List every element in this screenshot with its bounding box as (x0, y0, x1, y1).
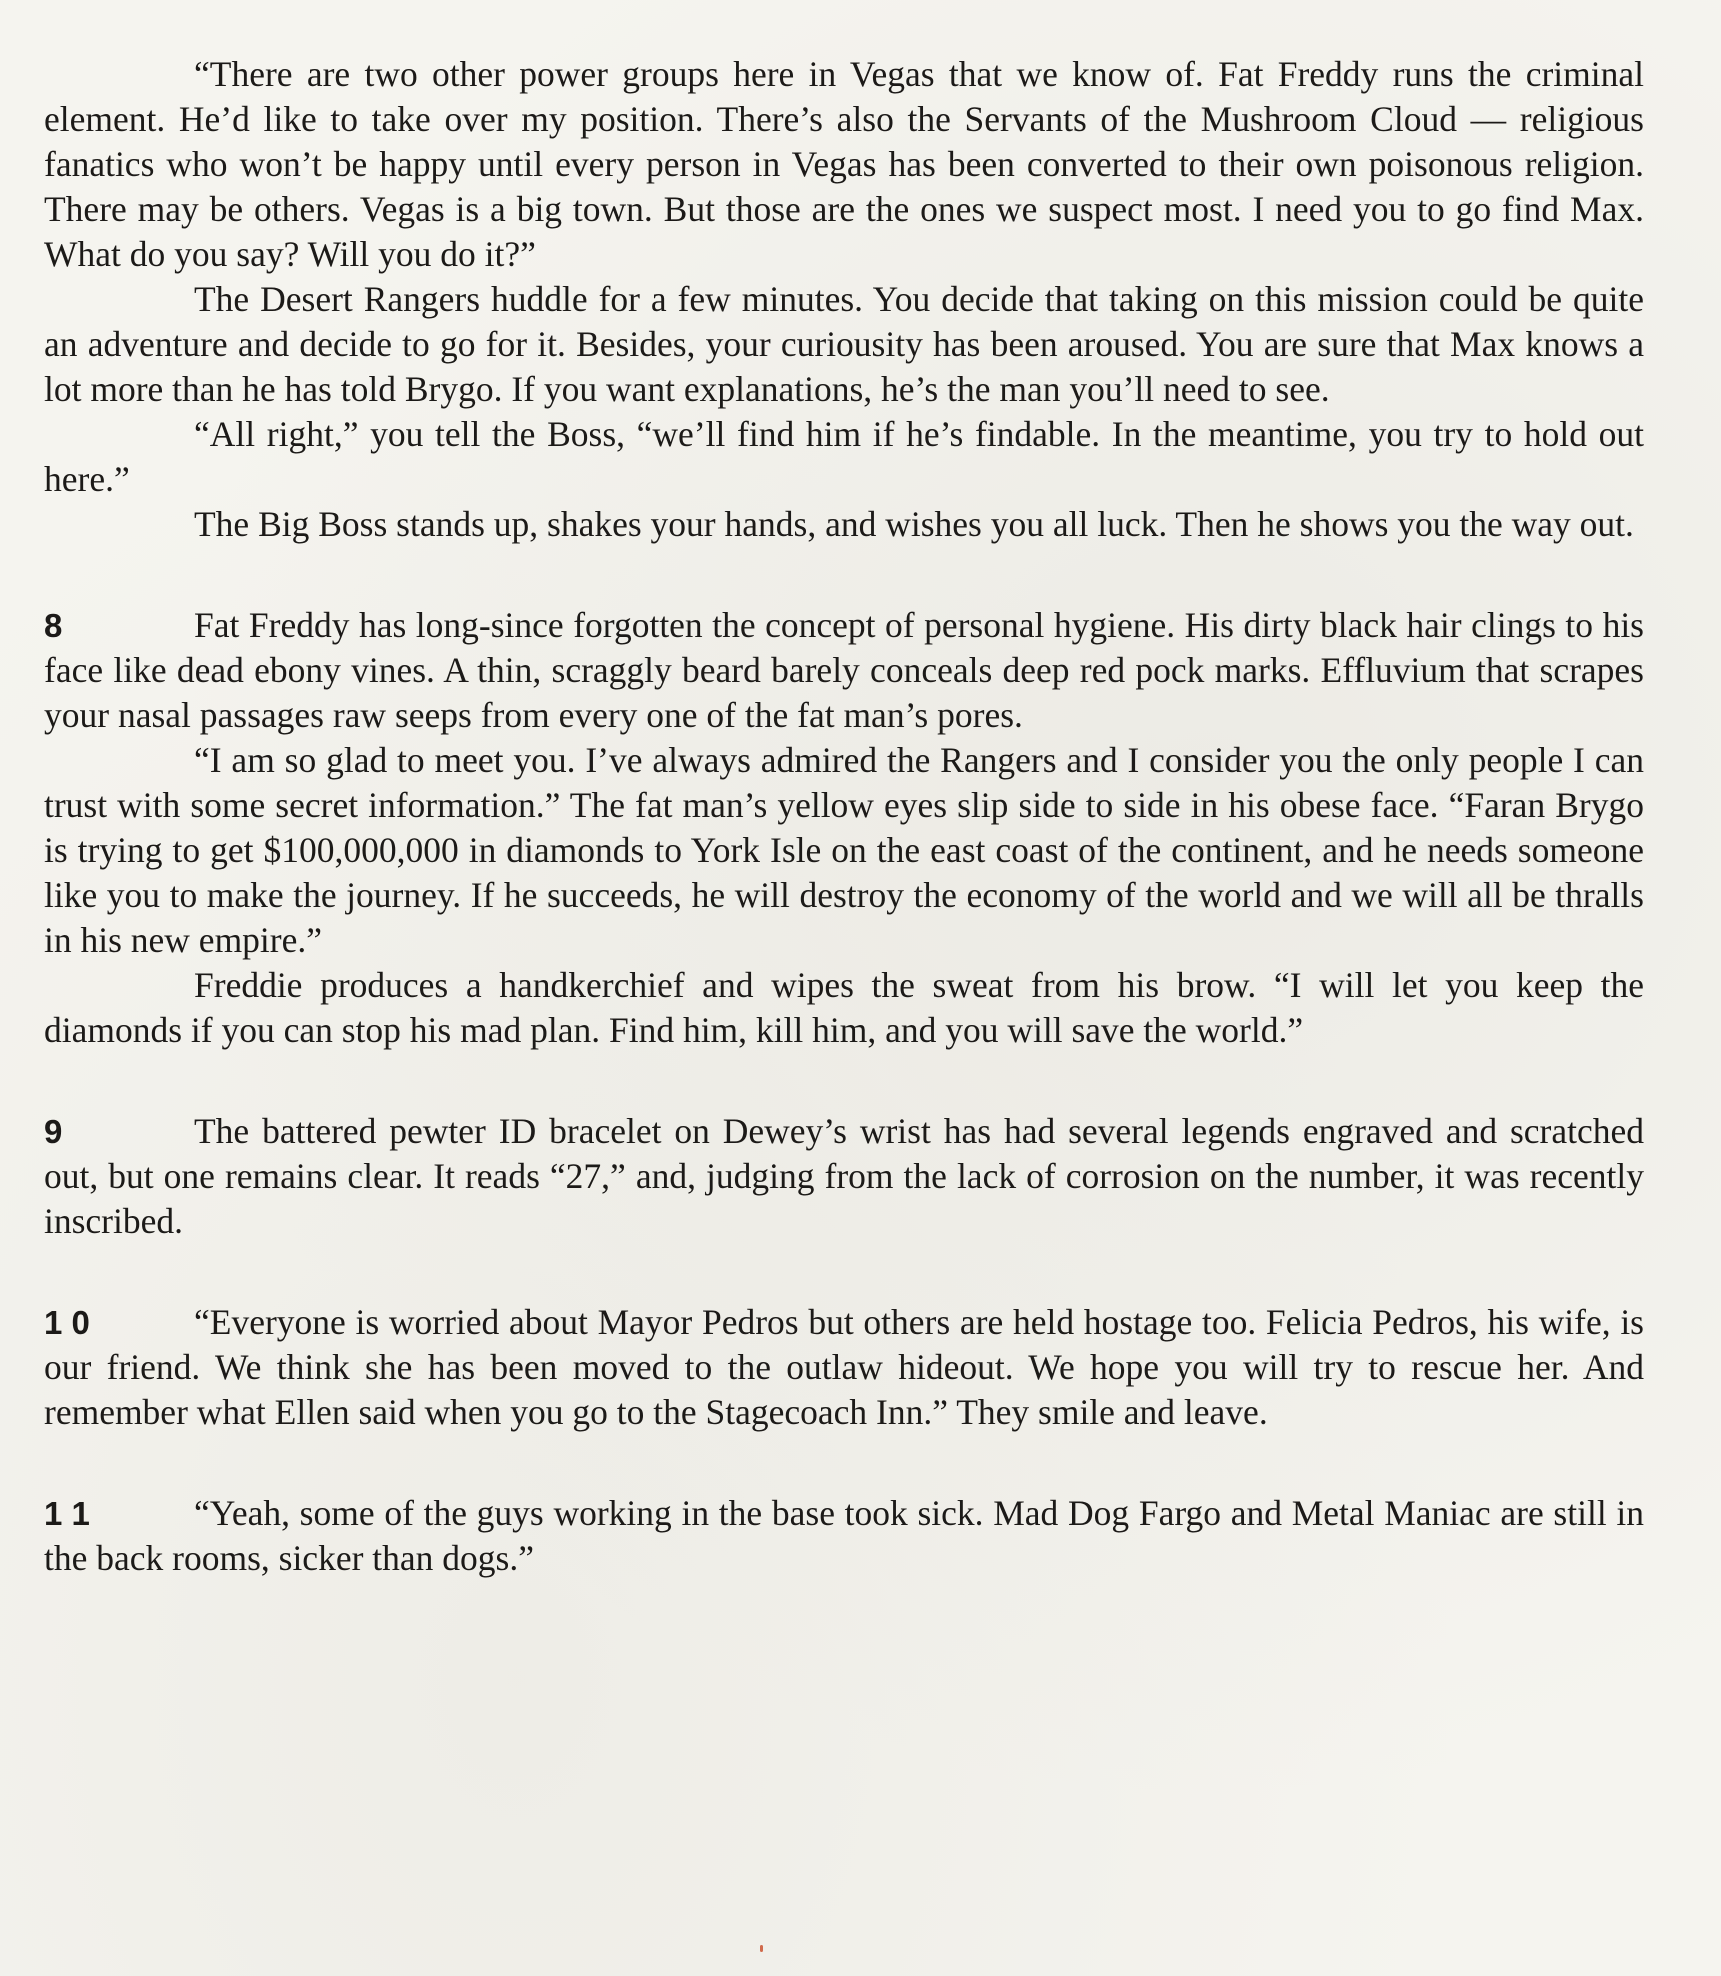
entry-number: 1 0 (44, 1300, 194, 1345)
section-gap (44, 1053, 1644, 1109)
entry-11-text: “Yeah, some of the guys working in the b… (44, 1493, 1644, 1578)
entry-8-paragraph-3: Freddie produces a handkerchief and wipe… (44, 963, 1644, 1053)
entry-number: 9 (44, 1109, 194, 1154)
scanned-page: “There are two other power groups here i… (0, 0, 1721, 1976)
entry-8: 8Fat Freddy has long-since forgotten the… (44, 603, 1644, 1053)
entry-9: 9The battered pewter ID bracelet on Dewe… (44, 1109, 1644, 1244)
section-gap (44, 547, 1644, 603)
section-gap (44, 1244, 1644, 1300)
entry-8-first-paragraph: 8Fat Freddy has long-since forgotten the… (44, 603, 1644, 738)
entry-10-text: “Everyone is worried about Mayor Pedros … (44, 1302, 1644, 1432)
paragraph-big-boss: The Big Boss stands up, shakes your hand… (44, 502, 1644, 547)
entry-11: 1 1“Yeah, some of the guys working in th… (44, 1491, 1644, 1581)
entry-number: 8 (44, 603, 194, 648)
paragraph-rangers-huddle: The Desert Rangers huddle for a few minu… (44, 277, 1644, 412)
entry-8-text-1: Fat Freddy has long-since forgotten the … (44, 605, 1644, 735)
section-gap (44, 1435, 1644, 1491)
entry-9-text: The battered pewter ID bracelet on Dewey… (44, 1111, 1644, 1241)
entry-10-paragraph: 1 0“Everyone is worried about Mayor Pedr… (44, 1300, 1644, 1435)
entry-9-paragraph: 9The battered pewter ID bracelet on Dewe… (44, 1109, 1644, 1244)
entry-8-paragraph-2: “I am so glad to meet you. I’ve always a… (44, 738, 1644, 963)
paper-speck (760, 1945, 763, 1952)
page-text: “There are two other power groups here i… (44, 52, 1644, 1581)
entry-number: 1 1 (44, 1491, 194, 1536)
entry-11-paragraph: 1 1“Yeah, some of the guys working in th… (44, 1491, 1644, 1581)
paragraph-all-right: “All right,” you tell the Boss, “we’ll f… (44, 412, 1644, 502)
paragraph-intro-dialogue: “There are two other power groups here i… (44, 52, 1644, 277)
entry-10: 1 0“Everyone is worried about Mayor Pedr… (44, 1300, 1644, 1435)
